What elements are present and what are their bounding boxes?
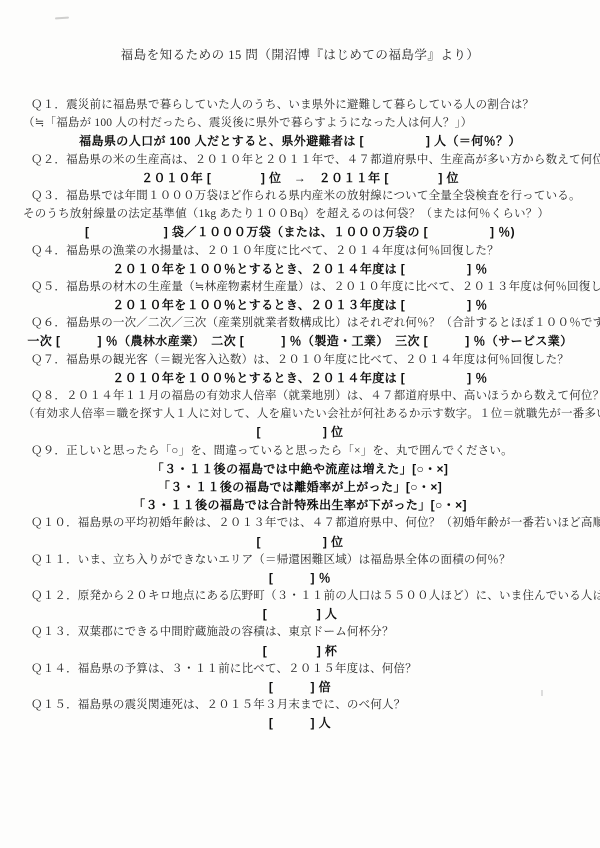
question-note-q1: （≒「福島が 100 人の村だったら、震災後に県外で暮らすようになった人は何人？… bbox=[0, 114, 600, 132]
question-text-q6: Ｑ６．福島県の一次／二次／三次（産業別就業者数構成比）はそれぞれ何％？（合計する… bbox=[0, 314, 600, 332]
question-text-q9: Ｑ９．正しいと思ったら「○」を、間違っていると思ったら「×」を、丸で囲んでくださ… bbox=[0, 442, 600, 460]
answer-blank-q2: ２０１０年 [ ] 位 → ２０１１年 [ ] 位 bbox=[0, 169, 600, 187]
question-text-q2: Ｑ２．福島県の米の生産高は、２０１０年と２０１１年で、４７都道府県中、生産高が多… bbox=[0, 151, 600, 169]
answer-blank-q9: 「３・１１後の福島では中絶や流産は増えた」[○・×] bbox=[0, 460, 600, 478]
question-text-q14: Ｑ１４．福島県の予算は、３・１１前に比べて、２０１５年度は、何倍？ bbox=[0, 660, 600, 678]
answer-blank-q13: [ ] 杯 bbox=[0, 642, 600, 660]
answer-blank-q9: 「３・１１後の福島では合計特殊出生率が下がった」[○・×] bbox=[0, 496, 600, 514]
scan-artifact bbox=[541, 690, 543, 696]
question-note-q3: そのうち放射線量の法定基準値（1kg あたり１００Bq）を超えるのは何袋？（また… bbox=[0, 205, 600, 223]
answer-blank-q12: [ ] 人 bbox=[0, 605, 600, 623]
question-text-q1: Ｑ１．震災前に福島県で暮らしていた人のうち、いま県外に避難して暮らしている人の割… bbox=[0, 96, 600, 114]
answer-blank-q11: [ ] ％ bbox=[0, 569, 600, 587]
question-text-q15: Ｑ１５．福島県の震災関連死は、２０１５年３月末までに、のべ何人？ bbox=[0, 696, 600, 714]
answer-blank-q6: 一次 [ ] ％（農林水産業） 二次 [ ] ％（製造・工業） 三次 [ ] ％… bbox=[0, 332, 600, 350]
answer-blank-q7: ２０１０年を１００％とするとき、２０１４年度は [ ] ％ bbox=[0, 369, 600, 387]
answer-blank-q3: [ ] 袋／１０００万袋（または、１０００万袋の [ ] ％) bbox=[0, 223, 600, 241]
question-text-q3: Ｑ３．福島県では年間１０００万袋ほど作られる県内産米の放射線について全量全袋検査… bbox=[0, 187, 600, 205]
question-text-q7: Ｑ７．福島県の観光客（＝観光客入込数）は、２０１０年度に比べて、２０１４年度は何… bbox=[0, 351, 600, 369]
question-text-q12: Ｑ１２．原発から２０キロ地点にある広野町（３・１１前の人口は５５００人ほど）に、… bbox=[0, 587, 600, 605]
answer-blank-q4: ２０１０年を１００％とするとき、２０１４年度は [ ] ％ bbox=[0, 260, 600, 278]
question-text-q8: Ｑ８．２０１４年１１月の福島の有効求人倍率（就業地別）は、４７都道府県中、高いほ… bbox=[0, 387, 600, 405]
answer-blank-q5: ２０１０年を１００％とするとき、２０１３年度は [ ] ％ bbox=[0, 296, 600, 314]
answer-blank-q15: [ ] 人 bbox=[0, 714, 600, 732]
answer-blank-q1: 福島県の人口が 100 人だとすると、県外避難者は [ ] 人（＝何％？） bbox=[0, 132, 600, 150]
question-text-q5: Ｑ５．福島県の材木の生産量（≒林産物素材生産量）は、２０１０年度に比べて、２０１… bbox=[0, 278, 600, 296]
question-text-q10: Ｑ１０．福島県の平均初婚年齢は、２０１３年では、４７都道府県中、何位？（初婚年齢… bbox=[0, 514, 600, 532]
answer-blank-q10: [ ] 位 bbox=[0, 533, 600, 551]
answer-blank-q8: [ ] 位 bbox=[0, 423, 600, 441]
question-list: Ｑ１．震災前に福島県で暮らしていた人のうち、いま県外に避難して暮らしている人の割… bbox=[0, 96, 600, 733]
question-text-q11: Ｑ１１．いま、立ち入りができないエリア（＝帰還困難区域）は福島県全体の面積の何％… bbox=[0, 551, 600, 569]
scanned-quiz-page: 福島を知るための 15 問（開沼博『はじめての福島学』より） Ｑ１．震災前に福島… bbox=[0, 0, 600, 848]
question-text-q4: Ｑ４．福島県の漁業の水揚量は、２０１０年度に比べて、２０１４年度は何％回復した？ bbox=[0, 242, 600, 260]
page-title: 福島を知るための 15 問（開沼博『はじめての福島学』より） bbox=[0, 0, 600, 62]
question-note-q8: （有効求人倍率＝職を探す人１人に対して、人を雇いたい会社が何社あるか示す数字。１… bbox=[0, 405, 600, 423]
question-text-q13: Ｑ１３．双葉郡にできる中間貯蔵施設の容積は、東京ドーム何杯分？ bbox=[0, 623, 600, 641]
answer-blank-q9: 「３・１１後の福島では離婚率が上がった」[○・×] bbox=[0, 478, 600, 496]
answer-blank-q14: [ ] 倍 bbox=[0, 678, 600, 696]
